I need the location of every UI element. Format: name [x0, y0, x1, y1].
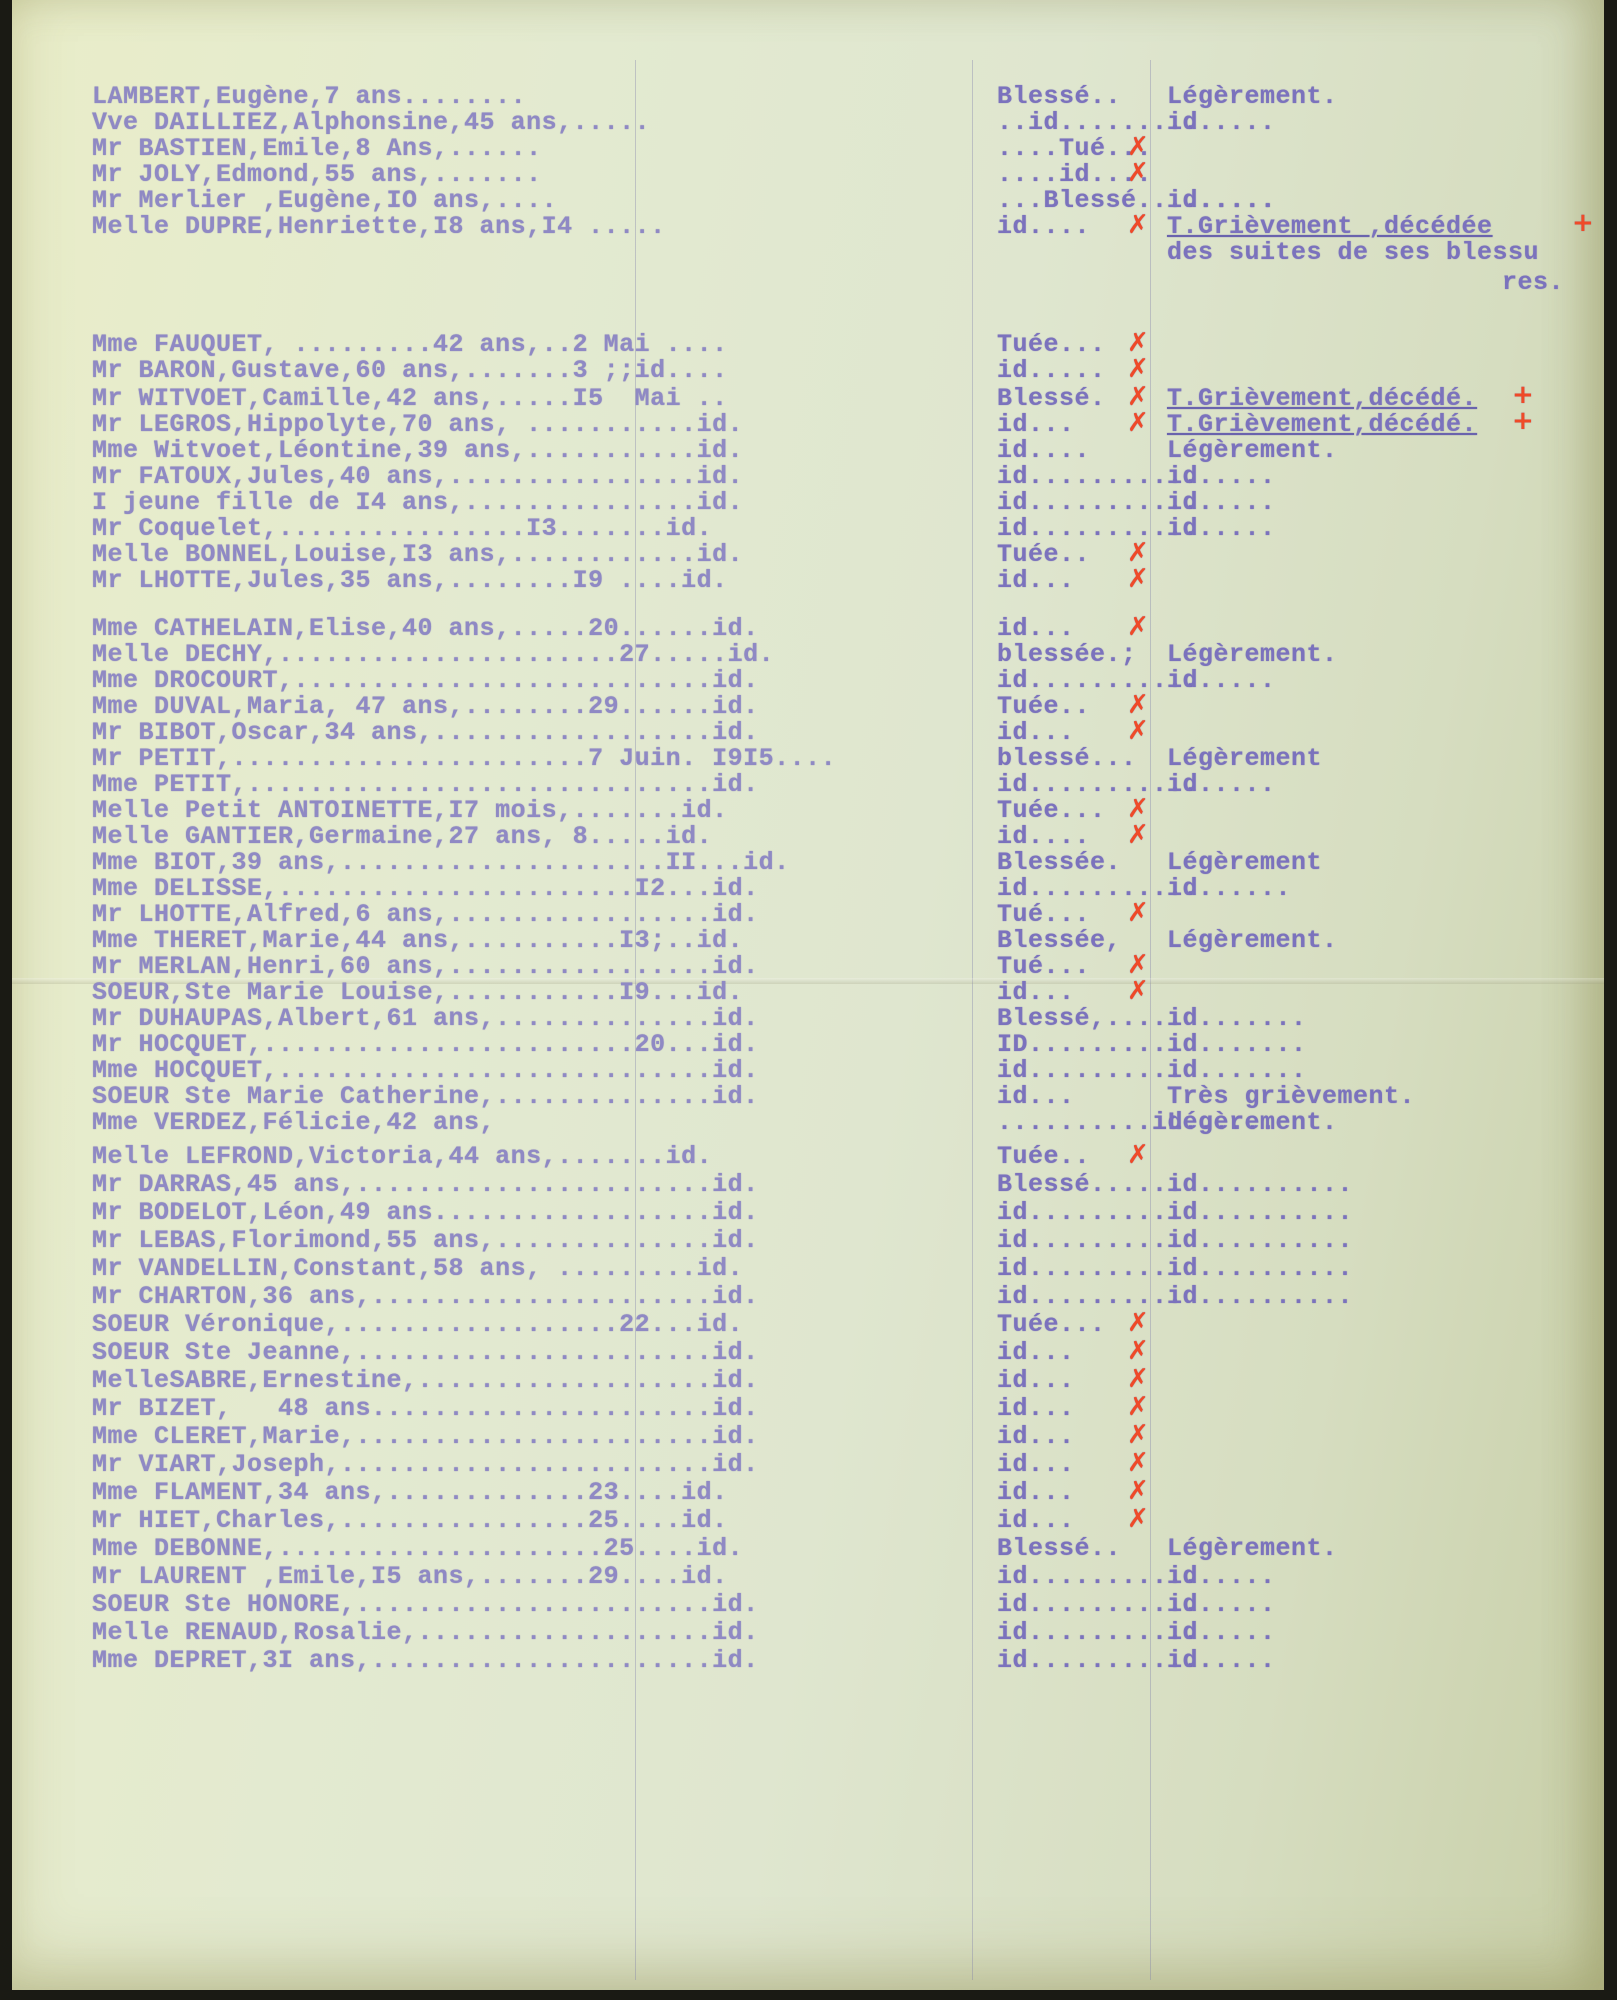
victim-name: Mr LEBAS,Florimond,55 ans,..............…: [92, 1226, 759, 1255]
victim-name: Mme DEBONNE,.....................25....i…: [92, 1534, 743, 1563]
red-x-mark-icon: ✗: [1127, 408, 1149, 438]
status-cell: Blessé..: [997, 1534, 1121, 1563]
victim-name: SOEUR,Ste Marie Louise,...........I9...i…: [92, 978, 743, 1007]
victim-name: Mme THERET,Marie,44 ans,..........I3;..i…: [92, 926, 743, 955]
victim-name: Melle GANTIER,Germaine,27 ans, 8.....id.: [92, 822, 712, 851]
victim-name: Mr BARON,Gustave,60 ans,.......3 ;;id...…: [92, 356, 728, 385]
victim-name: MelleSABRE,Ernestine,...................…: [92, 1366, 759, 1395]
status-cell: ID..........: [997, 1030, 1183, 1059]
status-cell: Blessé,.....: [997, 1004, 1183, 1033]
red-x-mark-icon: ✗: [1127, 564, 1149, 594]
victim-name: Mr MERLAN,Henri,60 ans,.................…: [92, 952, 759, 981]
severity-cell: id..........: [1167, 1170, 1353, 1199]
severity-cell: id......: [1167, 874, 1291, 903]
victim-name: Mr VANDELLIN,Constant,58 ans, .........i…: [92, 1254, 743, 1283]
severity-cell: id.....: [1167, 1618, 1276, 1647]
status-cell: Tuée...: [997, 1310, 1106, 1339]
victim-name: Mme VERDEZ,Félicie,42 ans,: [92, 1108, 495, 1137]
victim-name: Melle RENAUD,Rosalie,...................…: [92, 1618, 759, 1647]
victim-name: Mme HOCQUET,............................…: [92, 1056, 759, 1085]
status-cell: Blessé..: [997, 82, 1121, 111]
status-cell: Tuée...: [997, 796, 1106, 825]
status-cell: id....: [997, 822, 1090, 851]
red-x-mark-icon: ✗: [1127, 716, 1149, 746]
victim-name: Mr LHOTTE,Jules,35 ans,........I9 ....id…: [92, 566, 728, 595]
victim-name: Mr CHARTON,36 ans,......................…: [92, 1282, 759, 1311]
status-cell: id...: [997, 1338, 1075, 1367]
red-x-mark-icon: ✗: [1127, 158, 1149, 188]
status-cell: id..........: [997, 1056, 1183, 1085]
victim-name: Mme CLERET,Marie,.......................…: [92, 1422, 759, 1451]
severity-cell: T.Grièvement,décédé.: [1167, 384, 1477, 413]
severity-cell: T.Grièvement,décédé.: [1167, 410, 1477, 439]
victim-name: Mr PETIT,.......................7 Juin. …: [92, 744, 836, 773]
severity-cell: id..........: [1167, 1198, 1353, 1227]
status-cell: Tué...: [997, 900, 1090, 929]
red-x-mark-icon: ✗: [1127, 1140, 1149, 1170]
red-x-mark-icon: ✗: [1127, 1448, 1149, 1478]
victim-name: Mr BIZET, 48 ans......................id…: [92, 1394, 759, 1423]
status-cell: id....: [997, 436, 1090, 465]
victim-name: Mme FAUQUET, .........42 ans,..2 Mai ...…: [92, 330, 728, 359]
continuation-line: res.: [1502, 268, 1564, 297]
red-x-mark-icon: ✗: [1127, 1392, 1149, 1422]
victim-name: Mme DUVAL,Maria, 47 ans,........29......…: [92, 692, 759, 721]
victim-name: Mme DROCOURT,...........................…: [92, 666, 759, 695]
severity-cell: Légèrement.: [1167, 82, 1338, 111]
red-x-mark-icon: ✗: [1127, 354, 1149, 384]
status-cell: Blessée.: [997, 848, 1121, 877]
victim-name: Mr WITVOET,Camille,42 ans,.....I5 Mai ..: [92, 384, 728, 413]
victim-name: Mr LHOTTE,Alfred,6 ans,.................…: [92, 900, 759, 929]
victim-name: SOEUR Véronique,..................22...i…: [92, 1310, 743, 1339]
red-x-mark-icon: ✗: [1127, 1504, 1149, 1534]
severity-cell: id.....: [1167, 1590, 1276, 1619]
victim-name: Melle BONNEL,Louise,I3 ans,............i…: [92, 540, 743, 569]
status-cell: id...: [997, 1450, 1075, 1479]
status-cell: id...: [997, 566, 1075, 595]
red-x-mark-icon: ✗: [1127, 1336, 1149, 1366]
red-x-mark-icon: ✗: [1127, 976, 1149, 1006]
victim-name: Mr JOLY,Edmond,55 ans,.......: [92, 160, 542, 189]
severity-cell: id.......: [1167, 1004, 1307, 1033]
victim-name: Mme PETIT,..............................…: [92, 770, 759, 799]
victim-name: SOEUR Ste HONORE,.......................…: [92, 1590, 759, 1619]
red-x-mark-icon: ✗: [1127, 612, 1149, 642]
severity-cell: id.....: [1167, 1646, 1276, 1675]
victim-name: Melle DECHY,......................27....…: [92, 640, 774, 669]
victim-name: I jeune fille de I4 ans,...............i…: [92, 488, 743, 517]
status-cell: id...: [997, 718, 1075, 747]
red-x-mark-icon: ✗: [1127, 820, 1149, 850]
severity-cell: id..........: [1167, 1226, 1353, 1255]
victim-name: Mr VIART,Joseph,........................…: [92, 1450, 759, 1479]
victim-name: Mme DELISSE,.......................I2...…: [92, 874, 759, 903]
severity-cell: id.....: [1167, 666, 1276, 695]
severity-cell: id.......: [1167, 1030, 1307, 1059]
severity-cell: id.......: [1167, 1056, 1307, 1085]
victim-name: Mr HOCQUET,........................20...…: [92, 1030, 759, 1059]
status-cell: id....: [997, 212, 1090, 241]
severity-cell: id.....: [1167, 186, 1276, 215]
red-x-mark-icon: ✗: [1127, 1364, 1149, 1394]
status-cell: id...: [997, 410, 1075, 439]
victim-name: Mr BIBOT,Oscar,34 ans,..................…: [92, 718, 759, 747]
red-x-mark-icon: ✗: [1127, 1420, 1149, 1450]
status-cell: blessée.;: [997, 640, 1137, 669]
severity-cell: id.....: [1167, 770, 1276, 799]
status-cell: blessé...: [997, 744, 1137, 773]
victim-name: Mr HIET,Charles,................25....id…: [92, 1506, 728, 1535]
status-cell: Tuée..: [997, 692, 1090, 721]
victim-name: Melle Petit ANTOINETTE,I7 mois,.......id…: [92, 796, 728, 825]
victim-name: Mme CATHELAIN,Elise,40 ans,.....20......…: [92, 614, 759, 643]
severity-cell: T.Grièvement ,décédée: [1167, 212, 1493, 241]
victim-name: Mr FATOUX,Jules,40 ans,................i…: [92, 462, 743, 491]
document-page: LAMBERT,Eugène,7 ans........22 Mars I9I5…: [12, 0, 1604, 1990]
red-cross-mark-icon: +: [1512, 406, 1534, 436]
victim-name: Mr DARRAS,45 ans,.......................…: [92, 1170, 759, 1199]
severity-cell: Légèrement.: [1167, 926, 1338, 955]
severity-cell: id..........: [1167, 1254, 1353, 1283]
severity-cell: Très grièvement.: [1167, 1082, 1415, 1111]
victim-name: Mr BASTIEN,Emile,8 Ans,......: [92, 134, 542, 163]
red-x-mark-icon: ✗: [1127, 210, 1149, 240]
victim-name: Mme Witvoet,Léontine,39 ans,...........i…: [92, 436, 743, 465]
status-cell: id...: [997, 1478, 1075, 1507]
victim-name: Mr Coquelet,................I3.......id.: [92, 514, 712, 543]
victim-name: Mr DUHAUPAS,Albert,61 ans,..............…: [92, 1004, 759, 1033]
status-cell: id...: [997, 1082, 1075, 1111]
victim-name: Mme FLAMENT,34 ans,.............23....id…: [92, 1478, 728, 1507]
severity-cell: Légèrement.: [1167, 1534, 1338, 1563]
victim-name: Melle DUPRE,Henriette,I8 ans,I4 .....: [92, 212, 666, 241]
victim-name: SOEUR Ste Jeanne,.......................…: [92, 1338, 759, 1367]
status-cell: id..........: [997, 1254, 1183, 1283]
red-x-mark-icon: ✗: [1127, 898, 1149, 928]
severity-cell: id.....: [1167, 108, 1276, 137]
severity-cell: Légèrement.: [1167, 436, 1338, 465]
status-cell: id...: [997, 1422, 1075, 1451]
victim-name: Mr LAURENT ,Emile,I5 ans,.......29....id…: [92, 1562, 728, 1591]
status-cell: id..........: [997, 1198, 1183, 1227]
severity-cell: id.....: [1167, 488, 1276, 517]
severity-cell: Légèrement.: [1167, 1108, 1338, 1137]
status-cell: id...: [997, 614, 1075, 643]
victim-name: Vve DAILLIEZ,Alphonsine,45 ans,.....: [92, 108, 650, 137]
severity-cell: Légèrement: [1167, 848, 1322, 877]
severity-cell: id.....: [1167, 462, 1276, 491]
severity-cell: Légèrement.: [1167, 640, 1338, 669]
severity-cell: id.....: [1167, 514, 1276, 543]
margin-rule: [972, 60, 973, 1980]
red-x-mark-icon: ✗: [1127, 1308, 1149, 1338]
severity-cell: id..........: [1167, 1282, 1353, 1311]
victim-name: Mr Merlier ,Eugène,IO ans,....: [92, 186, 557, 215]
victim-name: SOEUR Ste Marie Catherine,..............…: [92, 1082, 759, 1111]
status-cell: id..........: [997, 1226, 1183, 1255]
status-cell: id...: [997, 1366, 1075, 1395]
status-cell: Tuée...: [997, 330, 1106, 359]
status-cell: id..........: [997, 1282, 1183, 1311]
victim-name: Mme BIOT,39 ans,.....................II.…: [92, 848, 790, 877]
status-cell: id...: [997, 978, 1075, 1007]
severity-cell: id.....: [1167, 1562, 1276, 1591]
victim-name: Mr LEGROS,Hippolyte,70 ans, ...........i…: [92, 410, 743, 439]
red-x-mark-icon: ✗: [1127, 1476, 1149, 1506]
status-cell: Blessé.: [997, 384, 1106, 413]
status-cell: Tué...: [997, 952, 1090, 981]
status-cell: Tuée..: [997, 540, 1090, 569]
victim-name: Melle LEFROND,Victoria,44 ans,.......id.: [92, 1142, 712, 1171]
status-cell: Blessée,: [997, 926, 1121, 955]
victim-name: LAMBERT,Eugène,7 ans........: [92, 82, 526, 111]
status-cell: id...: [997, 1506, 1075, 1535]
status-cell: id.....: [997, 356, 1106, 385]
status-cell: id...: [997, 1394, 1075, 1423]
victim-name: Mme DEPRET,3I ans,......................…: [92, 1646, 759, 1675]
red-cross-mark-icon: +: [1572, 208, 1594, 238]
status-cell: Tuée..: [997, 1142, 1090, 1171]
status-cell: Blessé......: [997, 1170, 1183, 1199]
severity-cell: Légèrement: [1167, 744, 1322, 773]
victim-name: Mr BODELOT,Léon,49 ans..................…: [92, 1198, 759, 1227]
continuation-line: des suites de ses blessu: [1167, 238, 1539, 267]
